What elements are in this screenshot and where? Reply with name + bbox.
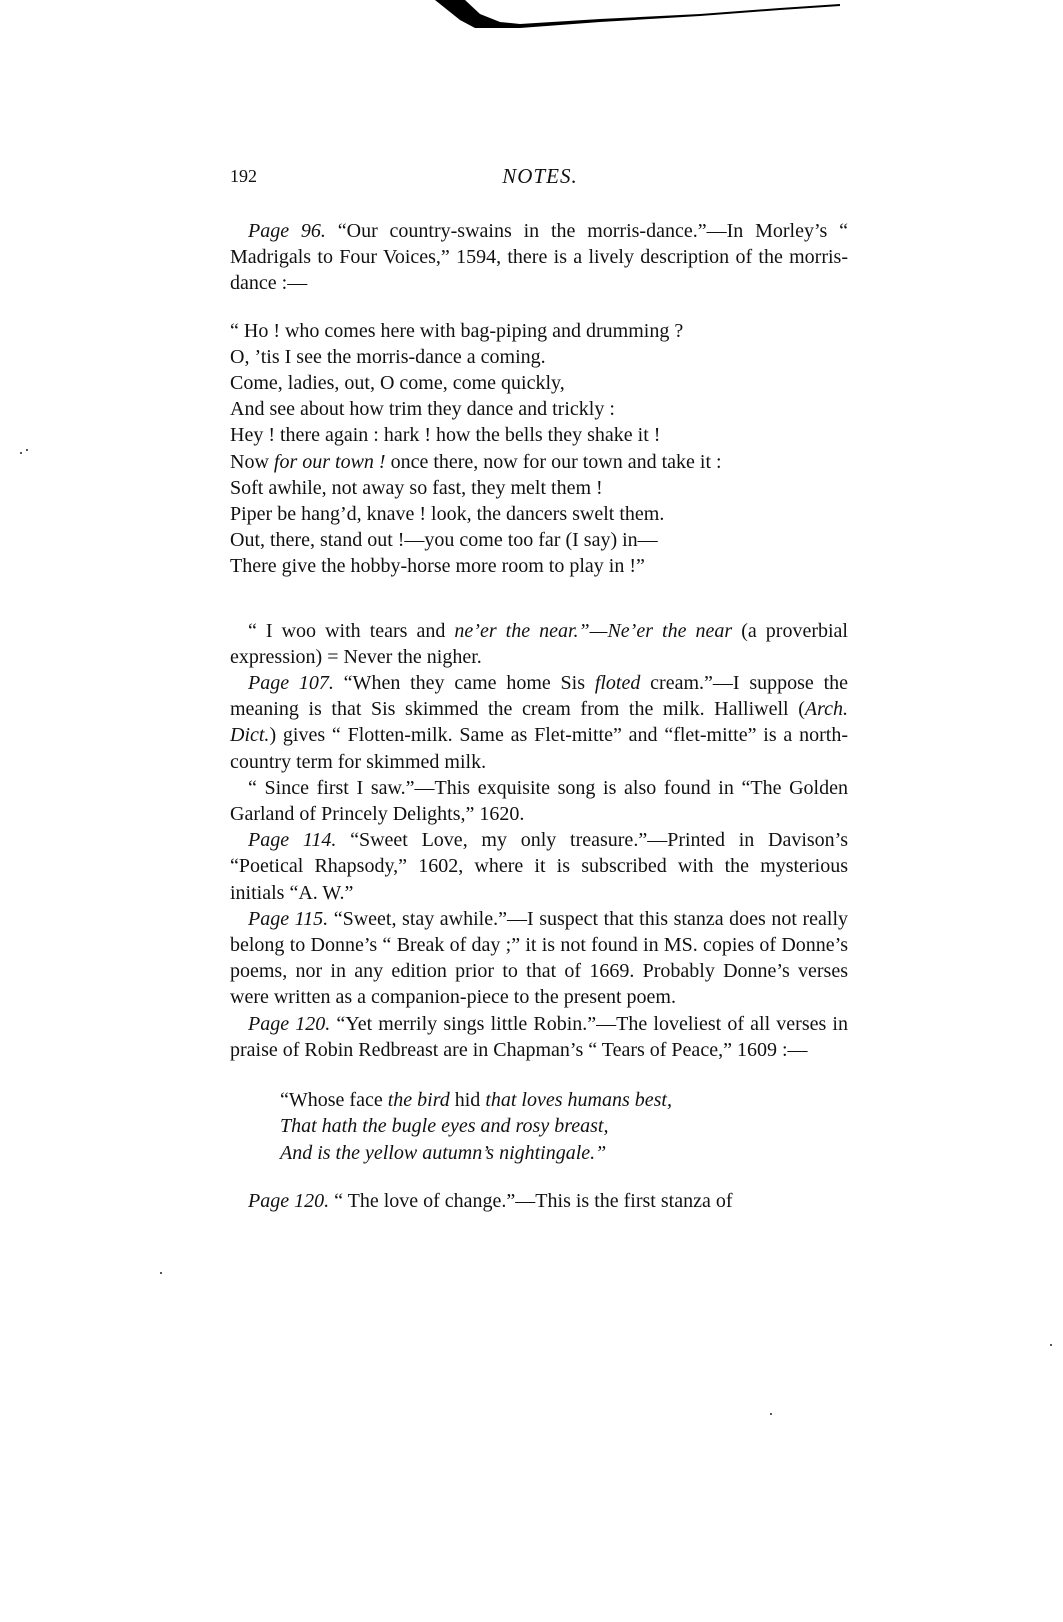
- verse-line: Soft awhile, not away so fast, they melt…: [230, 475, 848, 501]
- morris-dance-verse: “ Ho ! who comes here with bag-piping an…: [230, 318, 848, 580]
- note-text: ) gives “ Flotten-milk. Same as Flet-mit…: [230, 724, 848, 772]
- note-since-first-i-saw: “ Since first I saw.”—This exquisite son…: [230, 775, 848, 827]
- verse-line: “ Ho ! who comes here with bag-piping an…: [230, 318, 848, 344]
- verse-text: once there, now for our town and take it…: [386, 451, 722, 473]
- spacer: [230, 608, 848, 618]
- note-page-120-robin: Page 120. “Yet merrily sings little Robi…: [230, 1011, 848, 1063]
- verse-line: “Whose face the bird hid that loves huma…: [280, 1087, 848, 1113]
- scan-speck: [770, 1413, 772, 1415]
- verse-line: And is the yellow autumn’s nightingale.”: [280, 1140, 848, 1166]
- note-text: “ The love of change.”—This is the first…: [329, 1190, 732, 1212]
- note-label: Page 115.: [248, 908, 328, 930]
- note-italic: ne’er the near.”—Ne’er the near: [454, 620, 732, 642]
- note-text: “When they came home Sis: [334, 672, 595, 694]
- verse-line: That hath the bugle eyes and rosy breast…: [280, 1113, 848, 1139]
- note-page-115: Page 115. “Sweet, stay awhile.”—I suspec…: [230, 906, 848, 1011]
- note-label: Page 114.: [248, 829, 336, 851]
- scan-speck: [1050, 1344, 1052, 1346]
- verse-line: Come, ladies, out, O come, come quickly,: [230, 370, 848, 396]
- scan-speck: [20, 452, 22, 454]
- note-page-96: Page 96. “Our country-swains in the morr…: [230, 218, 848, 297]
- running-title: NOTES.: [230, 164, 850, 189]
- verse-line: O, ’tis I see the morris-dance a coming.: [230, 344, 848, 370]
- note-label: Page 120.: [248, 1190, 329, 1212]
- verse-line: There give the hobby-horse more room to …: [230, 553, 848, 579]
- verse-line: Out, there, stand out !—you come too far…: [230, 527, 848, 553]
- verse-line: Now for our town ! once there, now for o…: [230, 449, 848, 475]
- note-italic: floted: [595, 672, 641, 694]
- verse-italic: the bird: [388, 1089, 450, 1111]
- verse-line: And see about how trim they dance and tr…: [230, 396, 848, 422]
- note-page-114: Page 114. “Sweet Love, my only treasure.…: [230, 827, 848, 906]
- note-neer-the-near: “ I woo with tears and ne’er the near.”—…: [230, 618, 848, 670]
- note-label: Page 96.: [248, 220, 326, 242]
- chapman-verse: “Whose face the bird hid that loves huma…: [280, 1087, 848, 1166]
- verse-line: Piper be hang’d, knave ! look, the dance…: [230, 501, 848, 527]
- note-label: Page 120.: [248, 1013, 330, 1035]
- verse-text: Now: [230, 451, 274, 473]
- note-text: “ I woo with tears and: [248, 620, 454, 642]
- note-text: “ Since first I saw.”—This exquisite son…: [230, 777, 848, 825]
- scan-speck: [160, 1272, 162, 1274]
- verse-italic: that loves humans best,: [485, 1089, 672, 1111]
- verse-text: “Whose face: [280, 1089, 388, 1111]
- scan-edge-artifact: [0, 0, 1063, 40]
- note-page-120-change: Page 120. “ The love of change.”—This is…: [230, 1188, 848, 1214]
- scan-speck: [26, 449, 28, 451]
- verse-line: Hey ! there again : hark ! how the bells…: [230, 422, 848, 448]
- verse-text: hid: [450, 1089, 486, 1111]
- verse-italic: for our town !: [274, 451, 386, 473]
- running-head: 192 NOTES.: [230, 164, 850, 190]
- notes-body: Page 96. “Our country-swains in the morr…: [230, 218, 848, 1214]
- note-label: Page 107.: [248, 672, 334, 694]
- note-page-107: Page 107. “When they came home Sis flote…: [230, 670, 848, 775]
